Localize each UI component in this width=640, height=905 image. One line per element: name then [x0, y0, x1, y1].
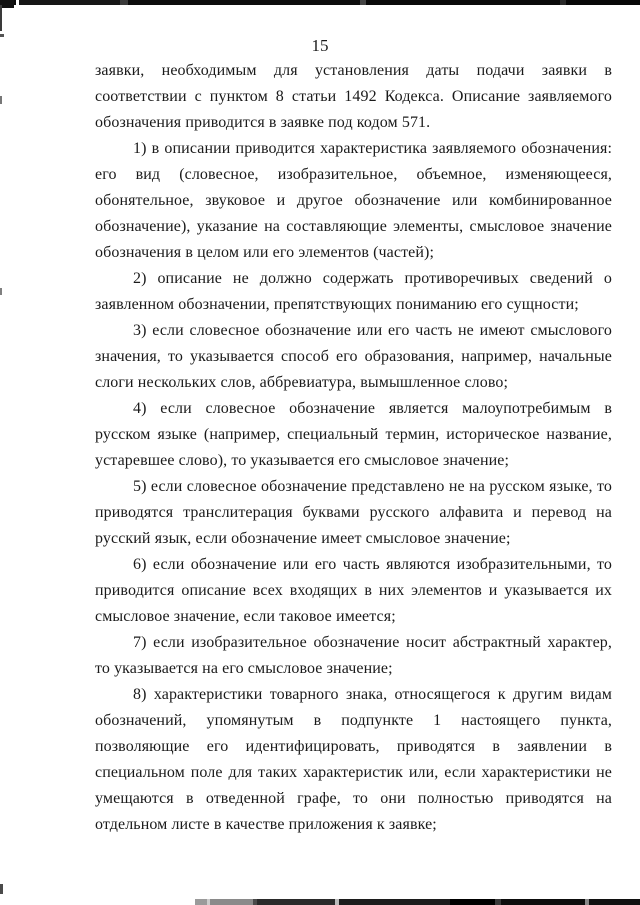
paragraph-item-5: 5) если словесное обозначение представле…	[95, 474, 612, 552]
scan-artifact-left-mark	[0, 288, 2, 295]
scan-artifact-corner	[0, 0, 14, 8]
paragraph-item-6: 6) если обозначение или его часть являют…	[95, 552, 612, 630]
document-page: 15 заявки, необходимым для установления …	[0, 0, 640, 905]
paragraph-continuation: заявки, необходимым для установления дат…	[95, 58, 612, 136]
document-body: заявки, необходимым для установления дат…	[95, 58, 612, 838]
scan-artifact-left-mark	[0, 96, 2, 104]
paragraph-item-4: 4) если словесное обозначение является м…	[95, 396, 612, 474]
scan-artifact-bottom-bar	[195, 899, 640, 905]
paragraph-item-2: 2) описание не должно содержать противор…	[95, 266, 612, 318]
paragraph-item-3: 3) если словесное обозначение или его ча…	[95, 318, 612, 396]
paragraph-item-7: 7) если изобразительное обозначение носи…	[95, 630, 612, 682]
scan-artifact-left-mark	[0, 884, 3, 894]
scan-artifact-left-mark	[0, 5, 2, 31]
scan-artifact-top-bar	[0, 0, 640, 5]
paragraph-item-8: 8) характеристики товарного знака, относ…	[95, 682, 612, 838]
page-number: 15	[0, 36, 640, 56]
paragraph-item-1: 1) в описании приводится характеристика …	[95, 136, 612, 266]
